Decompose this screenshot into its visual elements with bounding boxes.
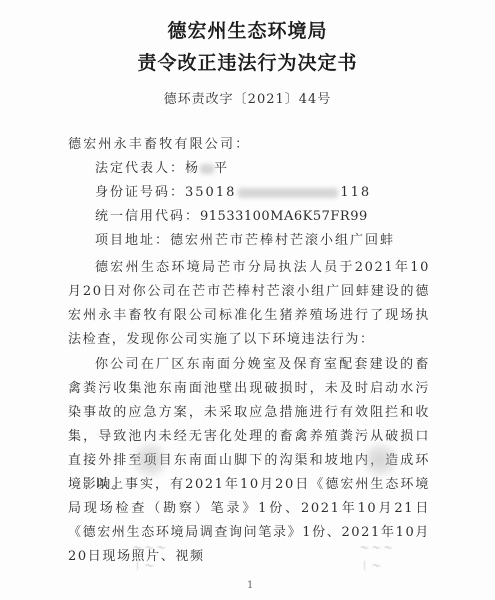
id-suffix: 118	[340, 185, 371, 200]
document-number: 德环责改字〔2021〕44号	[0, 88, 495, 107]
agency-title: 德宏州生态环境局	[0, 16, 495, 43]
id-prefix: 35018	[185, 185, 236, 200]
page-number: 1	[247, 580, 253, 591]
credit-code-label: 统一信用代码：	[95, 209, 200, 224]
paragraph-inspection: 德宏州生态环境局芒市分局执法人员于2021年10月20日对你公司在芒市芒棒村芒滚…	[68, 256, 430, 352]
id-number-field: 身份证号码：35018118	[95, 181, 371, 200]
redaction-blur	[238, 188, 338, 198]
project-address-field: 项目地址：德宏州芒市芒棒村芒滚小组广回蚌	[95, 229, 395, 248]
addressee: 德宏州永丰畜牧有限公司：	[68, 133, 250, 152]
redaction-blur	[200, 164, 214, 174]
signature-mark: ～ ～ ～｜ ～	[360, 540, 393, 576]
seal-mark	[130, 440, 170, 480]
legal-rep-label: 法定代表人：	[95, 161, 185, 176]
project-address-value: 德宏州芒市芒棒村芒滚小组广回蚌	[170, 233, 395, 248]
document-title: 责令改正违法行为决定书	[0, 48, 495, 75]
legal-rep-suffix: 平	[214, 161, 229, 176]
id-label: 身份证号码：	[95, 185, 185, 200]
credit-code-field: 统一信用代码：91533100MA6K57FR99	[95, 205, 368, 224]
credit-code-value: 91533100MA6K57FR99	[200, 209, 368, 224]
signature-mark: ～ ～ ～｜ ～	[133, 540, 166, 576]
seal-mark	[360, 440, 400, 480]
legal-rep-prefix: 杨	[185, 161, 200, 176]
project-address-label: 项目地址：	[95, 233, 170, 248]
legal-representative-field: 法定代表人：杨平	[95, 157, 229, 176]
